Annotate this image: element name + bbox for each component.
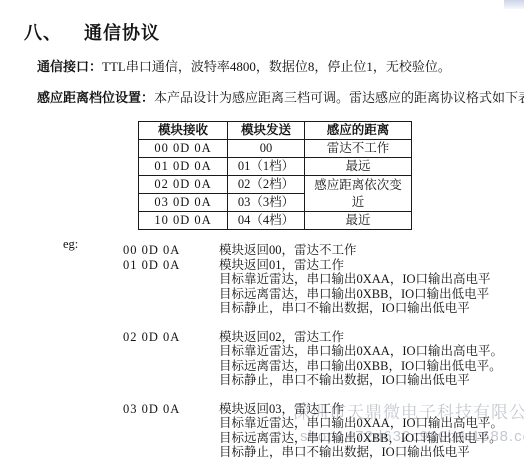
cell-distance: 雷达不工作 — [305, 140, 412, 158]
cell-distance: 最远 — [305, 158, 412, 176]
eg-block-01: 01 0D 0A 模块返回01，雷达工作 目标靠近雷达，串口输出0XAA，IO口… — [0, 258, 524, 316]
header-module-receive: 模块接收 — [139, 122, 228, 140]
cell-receive: 03 0D 0A — [139, 194, 228, 212]
eg-line: 模块返回03，雷达工作 — [219, 402, 524, 417]
paragraph-distance-setting: 感应距离档位设置：本产品设计为感应距离三档可调。雷达感应的距离协议格式如下表 — [37, 87, 524, 106]
cell-send: 04（4档） — [228, 212, 305, 230]
cell-distance: 最近 — [305, 212, 412, 230]
scan-corner-artifact — [504, 0, 524, 9]
eg-line: 目标静止，串口不输出数据，IO口输出低电平 — [219, 301, 524, 316]
header-sensing-distance: 感应的距离 — [305, 122, 412, 140]
eg-block-00: 00 0D 0A 模块返回00，雷达不工作 — [0, 243, 524, 258]
section-heading: 八、通信协议 — [24, 19, 160, 45]
eg-line: 目标靠近雷达，串口输出0XAA，IO口输出高电平。 — [219, 416, 524, 431]
cell-send: 00 — [228, 140, 305, 158]
section-title: 通信协议 — [84, 23, 160, 43]
eg-block-03: 03 0D 0A 模块返回03，雷达工作 目标靠近雷达，串口输出0XAA，IO口… — [0, 402, 524, 460]
eg-code: 02 0D 0A — [123, 330, 180, 345]
cell-send: 01（1档） — [228, 158, 305, 176]
cell-send: 03（3档） — [228, 194, 305, 212]
table-row: 00 0D 0A 00 雷达不工作 — [139, 140, 412, 158]
paragraph-text: 本产品设计为感应距离三档可调。雷达感应的距离协议格式如下表 — [154, 90, 524, 105]
table-row: 10 0D 0A 04（4档） 最近 — [139, 212, 412, 230]
table-row: 02 0D 0A 02（2档） 感应距离依次变近 — [139, 176, 412, 194]
eg-line: 目标静止，串口不输出数据，IO口输出低电平 — [219, 445, 524, 460]
eg-line: 模块返回02，雷达工作 — [219, 330, 524, 345]
table-row: 01 0D 0A 01（1档） 最远 — [139, 158, 412, 176]
eg-line: 目标远离雷达，串口输出0XBB，IO口输出低电平 — [219, 287, 524, 302]
cell-receive: 01 0D 0A — [139, 158, 228, 176]
eg-block-02: 02 0D 0A 模块返回02，雷达工作 目标靠近雷达，串口输出0XAA，IO口… — [0, 330, 524, 388]
header-module-send: 模块发送 — [228, 122, 305, 140]
eg-line: 模块返回00，雷达不工作 — [219, 243, 524, 258]
document-page: 深圳市天鼎微电子科技有限公司 shop1472d632c910b4.1688.c… — [0, 0, 524, 466]
paragraph-label: 通信接口： — [37, 59, 102, 74]
cell-receive: 10 0D 0A — [139, 212, 228, 230]
eg-line: 目标靠近雷达，串口输出0XAA，IO口输出高电平。 — [219, 344, 524, 359]
cell-distance-merged: 感应距离依次变近 — [305, 176, 412, 212]
paragraph-text: TTL串口通信，波特率4800，数据位8，停止位1，无校验位。 — [102, 59, 451, 74]
eg-code: 03 0D 0A — [123, 402, 180, 417]
table-header-row: 模块接收 模块发送 感应的距离 — [139, 122, 412, 140]
eg-code: 00 0D 0A — [123, 243, 180, 258]
eg-examples: 00 0D 0A 模块返回00，雷达不工作 01 0D 0A 模块返回01，雷达… — [0, 243, 524, 460]
eg-line: 目标远离雷达，串口输出0XBB，IO口输出低电平。 — [219, 431, 524, 446]
cell-receive: 02 0D 0A — [139, 176, 228, 194]
paragraph-comm-interface: 通信接口：TTL串口通信，波特率4800，数据位8，停止位1，无校验位。 — [37, 56, 451, 75]
section-number: 八、 — [24, 23, 62, 43]
eg-code: 01 0D 0A — [123, 258, 180, 273]
cell-receive: 00 0D 0A — [139, 140, 228, 158]
cell-send: 02（2档） — [228, 176, 305, 194]
paragraph-label: 感应距离档位设置： — [37, 90, 154, 105]
eg-line: 模块返回01，雷达工作 — [219, 258, 524, 273]
protocol-table: 模块接收 模块发送 感应的距离 00 0D 0A 00 雷达不工作 01 0D … — [138, 121, 412, 230]
eg-line: 目标静止，串口不输出数据，IO口输出低电平 — [219, 373, 524, 388]
eg-line: 目标靠近雷达，串口输出0XAA，IO口输出高电平 — [219, 272, 524, 287]
eg-line: 目标远离雷达，串口输出0XBB，IO口输出低电平。 — [219, 359, 524, 374]
